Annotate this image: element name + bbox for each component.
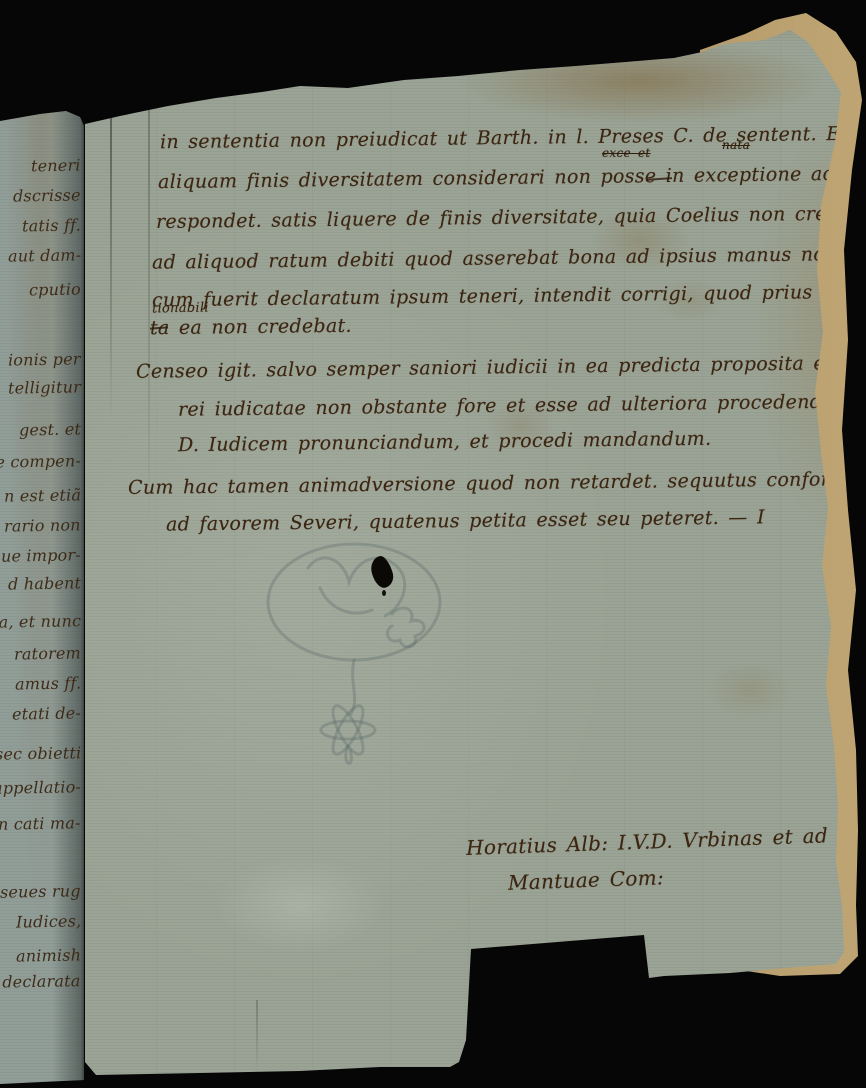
handwritten-line: ad favorem Severi, quatenus petita esset… xyxy=(166,506,765,535)
signature-line: Mantuae Com: xyxy=(508,865,665,894)
left-fragment-line: de compen- xyxy=(0,451,81,472)
interlinear-correction: exce et xyxy=(602,146,651,160)
left-fragment-line: gest. et xyxy=(19,419,81,439)
signature-line: Horatius Alb: I.V.D. Vrbinas et ad prese… xyxy=(466,820,866,860)
left-fragment-line: ionis per xyxy=(8,349,81,369)
ink-speck xyxy=(382,590,386,596)
left-page-edge: teneri dscrisse tatis ff. aut dam- cputi… xyxy=(0,0,84,1088)
left-fragment-line: appellatio- xyxy=(0,777,81,798)
left-fragment-line: telligitur xyxy=(8,377,81,397)
handwritten-line: Cum hac tamen animadversione quod non re… xyxy=(128,467,866,499)
left-fragment-line: n est etiã xyxy=(4,485,81,505)
left-fragment-line: rario non xyxy=(4,515,81,535)
left-fragment-line: ta, et nunc xyxy=(0,611,81,632)
interlinear-correction: nata xyxy=(722,138,750,152)
left-fragment-line: aut dam- xyxy=(8,245,82,265)
left-fragment-line: cputio xyxy=(29,280,81,300)
main-page: in sententia non preiudicat ut Barth. in… xyxy=(0,0,866,1088)
left-fragment-line: etati de- xyxy=(12,703,81,723)
left-fragment-line: n cati ma- xyxy=(0,813,81,833)
handwritten-line: cum fuerit declaratum ipsum teneri, inte… xyxy=(152,279,866,312)
left-fragment-line: amus ff. xyxy=(15,673,82,693)
interlinear-addition: tionabili xyxy=(152,301,209,317)
left-fragment-line: tatis ff. xyxy=(22,215,81,235)
left-fragment-line: it declarata xyxy=(0,971,81,992)
left-fragment-line: teneri xyxy=(31,156,81,176)
handwritten-line: ta ea non credebat. xyxy=(150,315,352,339)
left-fragment-line: sec obietti xyxy=(0,743,81,764)
left-fragment-line: Iudices, xyxy=(16,911,82,931)
fold-crease xyxy=(110,112,112,422)
fold-crease xyxy=(256,1000,258,1075)
handwritten-line: Censeo igit. salvo semper saniori iudici… xyxy=(136,351,866,383)
left-fragment-line: animish xyxy=(16,945,81,965)
left-fragment-line: d habent xyxy=(8,573,82,593)
left-fragment-line: dscrisse xyxy=(13,185,81,205)
manuscript-scan: teneri dscrisse tatis ff. aut dam- cputi… xyxy=(0,0,866,1088)
handwritten-line: aliquam finis diversitatem considerari n… xyxy=(158,161,866,193)
handwritten-line: ad aliquod ratum debiti quod asserebat b… xyxy=(152,240,866,273)
watermark-icon xyxy=(250,526,462,778)
handwritten-line: D. Iudicem pronunciandum, et procedi man… xyxy=(178,428,712,457)
left-fragment-line: ratorem xyxy=(14,643,81,663)
handwritten-line: in sententia non preiudicat ut Barth. in… xyxy=(160,121,866,153)
left-fragment-line: ue impor- xyxy=(1,545,81,565)
handwritten-line: rei iudicatae non obstante fore et esse … xyxy=(178,389,866,421)
handwritten-line: respondet. satis liquere de finis divers… xyxy=(156,201,866,233)
left-fragment-line: seues rug xyxy=(0,881,81,901)
